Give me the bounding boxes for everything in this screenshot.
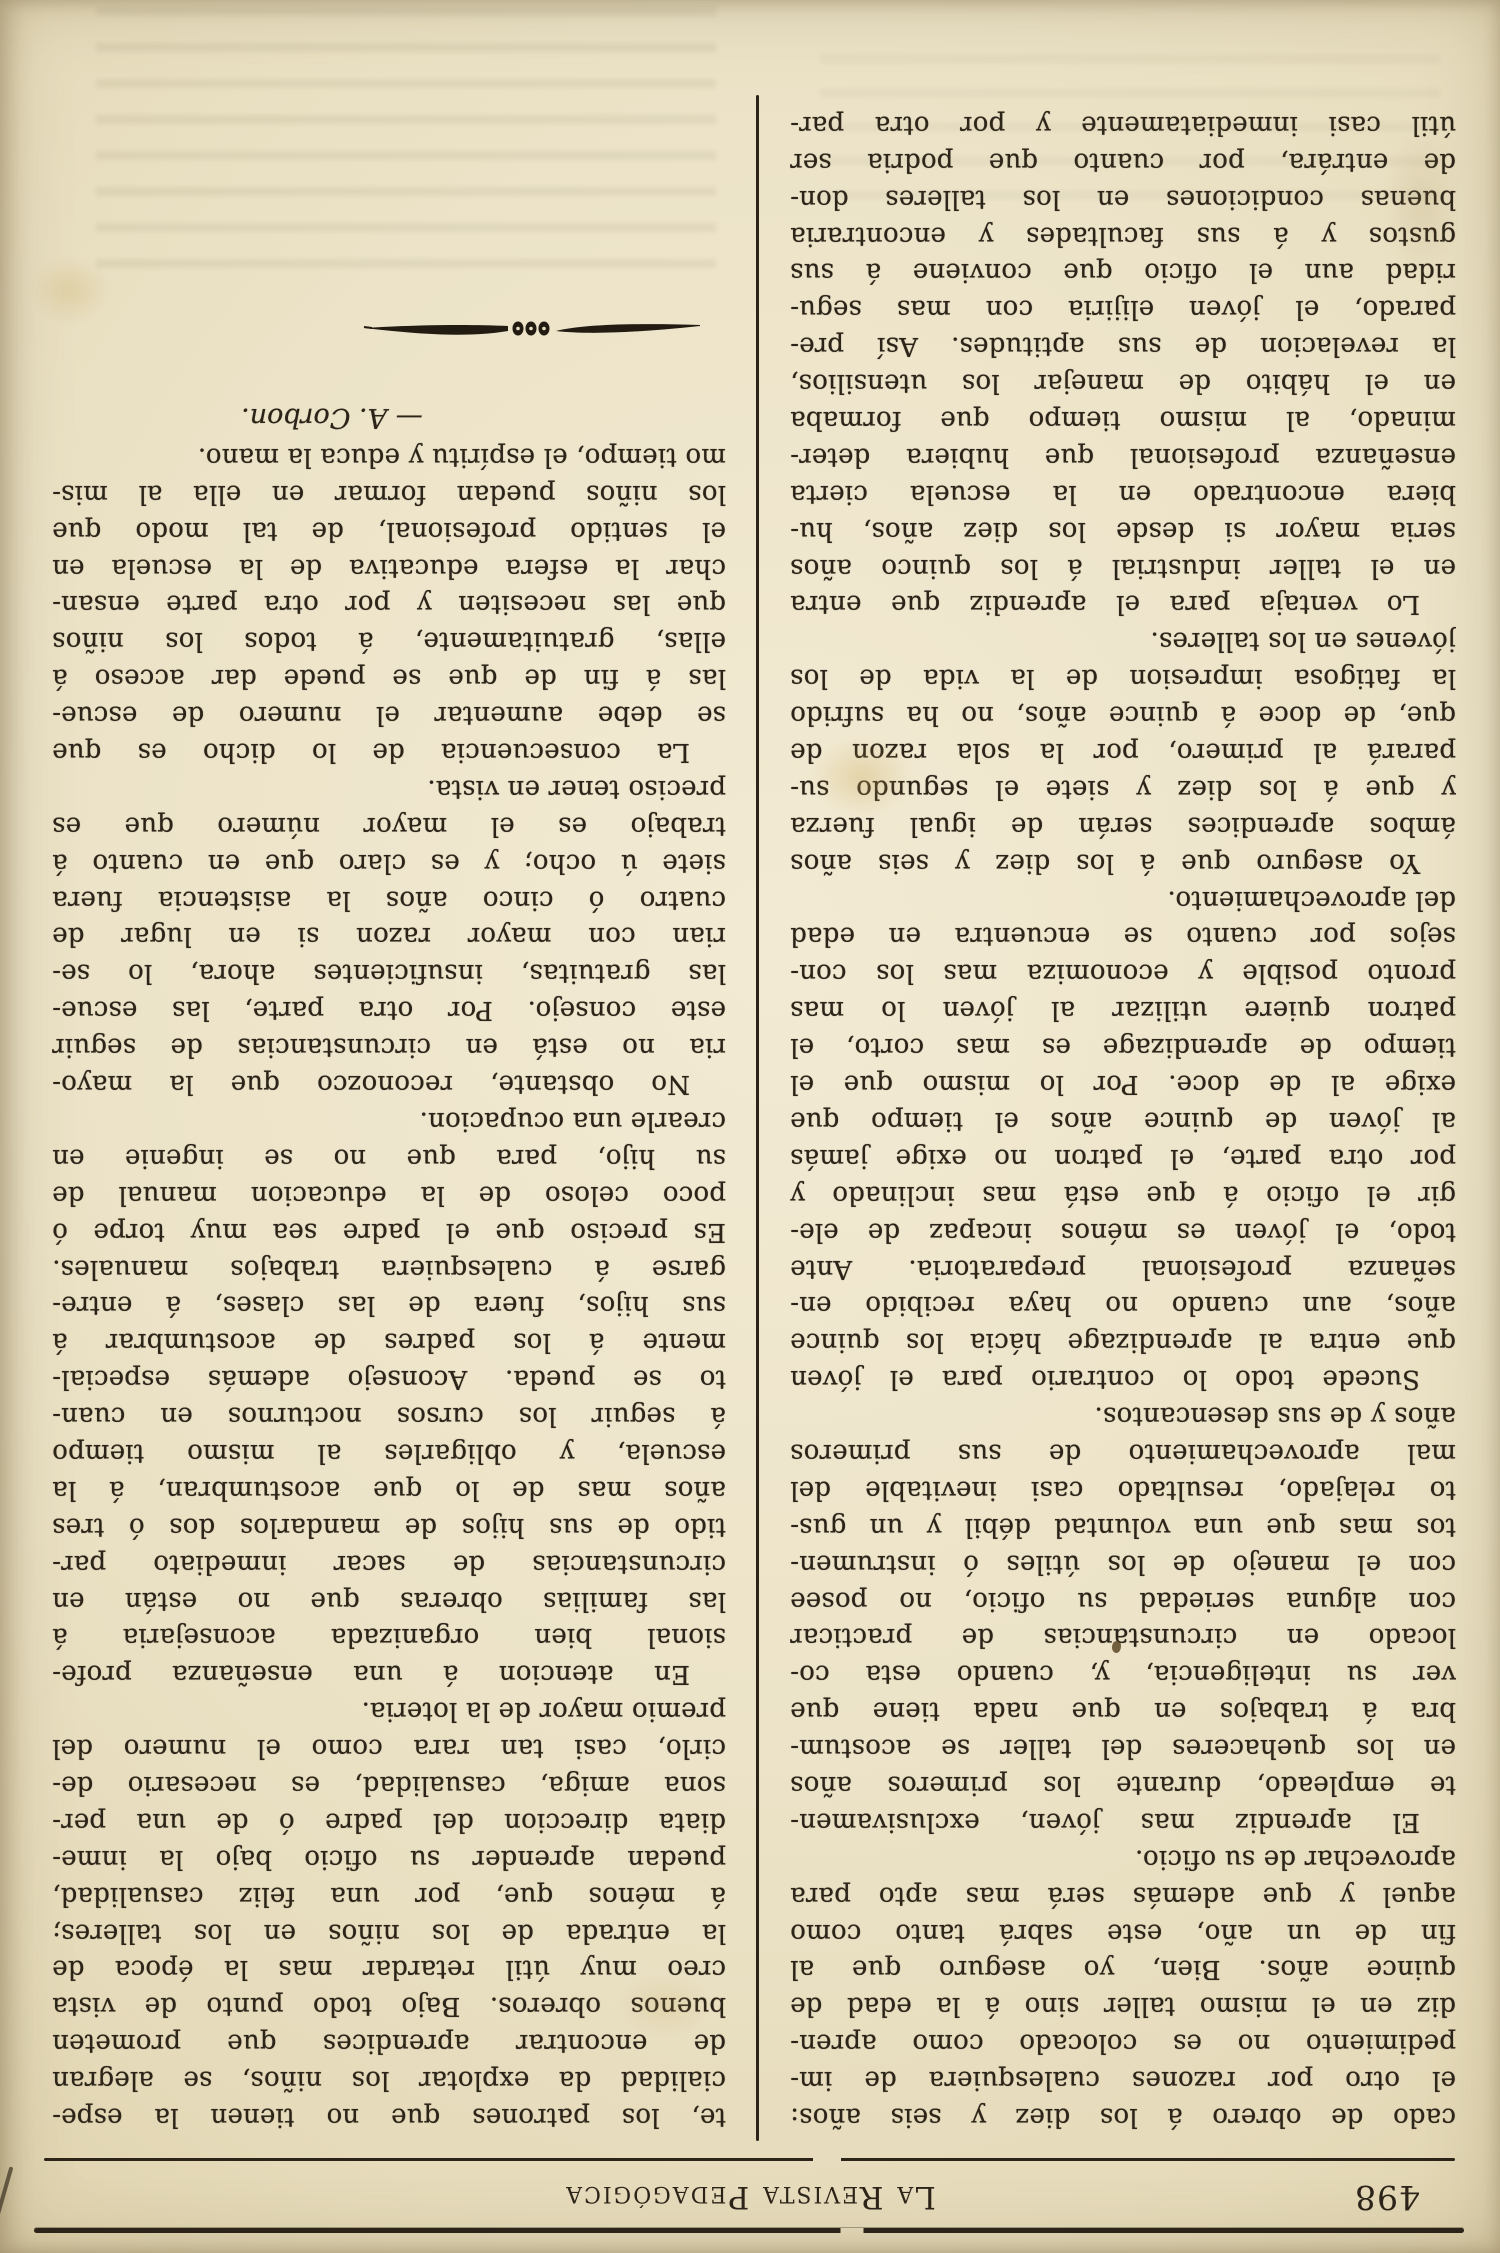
text-line: patron quiere utilizar al jóven lo mas [790,991,1456,1028]
text-line: premio mayor de la loteria. [52,1692,726,1729]
bleed-through-ghost-text [96,0,716,279]
text-line: que entra al aprendizage hácia los quinc… [790,1323,1456,1360]
text-line: aprovechar de su oficio. [790,1840,1456,1877]
text-line: garse á cualesquiera trabajos manuales. [52,1250,726,1287]
text-line: este consejo. Por otra parte, las escue- [52,991,726,1028]
text-line: á seguir los cursos nocturnos en cuan- [52,1397,726,1434]
text-line: El aprendiz mas jóven, exclusivamen- [790,1803,1456,1840]
text-line: por otra parte, el patron no exige jamás [790,1139,1456,1176]
text-line: las familias obreras que no están en [52,1582,726,1619]
text-line: te empleado, durante los primeros años [790,1766,1456,1803]
text-line: parará al primero, por la sola razon de [790,733,1456,770]
text-line: que las necesiten y por otra parte ensan… [52,586,726,623]
header-top-rule [34,2228,1464,2233]
text-line: locado en circunstancias de practicar [790,1619,1456,1656]
text-line: circunstancias de sacar inmediato par- [52,1545,726,1582]
text-line: fin de un año, este sabrá tanto como [790,1914,1456,1951]
text-line: su hijo, para que no se ingenie en [52,1139,726,1176]
text-line: sional bien organizada aconsejaria á [52,1619,726,1656]
text-line: años mas de lo que acostumbran, á la [52,1471,726,1508]
bleed-through-ghost-text-lower [820,55,1440,225]
text-line: parado, el jóven elijiria con mas segu- [790,290,1456,327]
text-line: rian con mayor razon si en lugar de [52,918,726,955]
text-line: ria no está en circunstancias de seguir [52,1028,726,1065]
text-line: mal aprovechamiento de sus primeros [790,1434,1456,1471]
text-line: preciso tener en vista. [52,770,726,807]
text-line: todo, el jóven es ménos incapaz de ele- [790,1213,1456,1250]
text-column-a: cado de obrero á los diez y seis años:el… [790,106,1456,2135]
text-line: ellas, gratuitamente, á todos los niños [52,622,726,659]
text-line: la revelacion de sus aptitudes. Así pre- [790,327,1456,364]
text-line: á ménos que, por una feliz casualidad, [52,1877,726,1914]
text-line: ámbos aprendices serán de igual fuerza [790,807,1456,844]
text-line: el otro por razones cualesquiera de im- [790,2061,1456,2098]
text-line: diz en el mismo taller sino á la edad de [790,1987,1456,2024]
text-line: con alguna seriedad su oficio, no posee [790,1582,1456,1619]
text-line: Yo aseguro que á los diez y seis años [790,844,1456,881]
text-line: y que á los diez y siete el segundo su- [790,770,1456,807]
header-bottom-rule [44,2158,1455,2161]
text-line: jóvenes en los talleres. [790,622,1456,659]
scanned-page: 498 La Revista Pedagógica cado de obrero… [0,0,1500,2253]
journal-title: La Revista Pedagógica [0,2179,1500,2215]
text-line: crearle una ocupacion. [52,1102,726,1139]
text-line: creo muy útil retardar mas la época de [52,1951,726,1988]
text-line: de encontrar aprendices que prometen [52,2024,726,2061]
text-line: aquel y que además será mas apto para [790,1877,1456,1914]
text-line: ver su inteligencia, y, cuando esta co- [790,1655,1456,1692]
text-column-b: te, los patrones que no tienen la espe-c… [52,0,726,2135]
text-column-b-lines: te, los patrones que no tienen la espe-c… [52,438,726,2135]
text-line: la entrada de los niños en los talleres; [52,1914,726,1951]
text-line: sejos por cuanto se encuentra en edad [790,918,1456,955]
text-line: mente á los padres de acostumbrar á [52,1323,726,1360]
text-line: en el hábito de manejar los utensilios, [790,364,1456,401]
column-divider-rule [756,95,759,2141]
text-line: del aprovechamiento. [790,881,1456,918]
text-line: siete ú ocho; y es claro que en cuanto á [52,844,726,881]
text-line: bra á trabajos en que nada tiene que [790,1692,1456,1729]
text-line: Lo ventaja para el aprendiz que entra [790,586,1456,623]
text-line: char la esfera educativa de la escuela e… [52,549,726,586]
text-line: Es preciso que el padre sea muy torpe ó [52,1213,726,1250]
text-line: tido de sus hijos de mandarlos dos ó tre… [52,1508,726,1545]
text-line: mo tiempo, el espíritu y educa la mano. [52,438,726,475]
text-line: el sentido profesional, de tal modo que [52,512,726,549]
page-sheet-rotated-180: 498 La Revista Pedagógica cado de obrero… [0,0,1500,2253]
text-line: con el manejo de los útiles ó instrumen- [790,1545,1456,1582]
text-line: sona amiga, casualidad, es necesario de- [52,1766,726,1803]
swelled-rule-ornament [362,313,702,343]
text-line: años, aun cuando no haya recibido en- [790,1287,1456,1324]
text-line: la fatigosa impresion de la vida de los [790,659,1456,696]
text-line: ridad aun el oficio que conviene á sus [790,254,1456,291]
text-line: gir el oficio á que está mas inclinado y [790,1176,1456,1213]
text-line: seria mayor si desde los diez años, hu- [790,512,1456,549]
text-line: señanza profesional preparatoria. Ante [790,1250,1456,1287]
text-line: No obstante, reconozco que la mayo- [52,1065,726,1102]
text-line: poco celoso de la educacion manual de [52,1176,726,1213]
text-line: tos mas que una voluntad débil y un gus- [790,1508,1456,1545]
text-line: cialidad da explotar los niños, se alegr… [52,2061,726,2098]
text-line: escuela, y obligarles al mismo tiempo [52,1434,726,1471]
text-line: to se pueda. Aconsejo además especial- [52,1360,726,1397]
text-line: trabajo es el mayor número que es [52,807,726,844]
text-line: pronto posible y economiza mas los con- [790,955,1456,992]
text-line: quince años. Bien, yo aseguro que al [790,1951,1456,1988]
text-line: Sucede todo lo contrario para el jóven [790,1360,1456,1397]
text-line: las gratuitas, insuficientes ahora, lo s… [52,955,726,992]
text-line: tiempo de aprendizage es mas corto, el [790,1028,1456,1065]
text-line: puedan aprender su oficio bajo la inme- [52,1840,726,1877]
text-line: En atencion á una enseñanza profe- [52,1655,726,1692]
text-line: se debe aumentar el numero de escue- [52,696,726,733]
text-line: buenos obreros. Bajo todo punto de vista [52,1987,726,2024]
text-line: en el taller industrial á los quinco año… [790,549,1456,586]
text-line: La consecuencia de lo dicho es que [52,733,726,770]
text-line: cuatro ó cinco años la asistencia fuera [52,881,726,918]
text-line: to relajado, resultado casi inevitable d… [790,1471,1456,1508]
text-line: biera encontrado en la escuela cierta [790,475,1456,512]
text-line: diata direccion del padre ó de una per- [52,1803,726,1840]
text-line: pedimiento no es colocado como apren- [790,2024,1456,2061]
text-line: las á fin de que se puede dar acceso á [52,659,726,696]
text-line: minado, al mismo tiempo que formaba [790,401,1456,438]
text-line: cirlo, casi tan rara como el numero del [52,1729,726,1766]
text-line: sus hijos, fuera de las clases, á entre- [52,1287,726,1324]
text-line: enseñanza profesional que hubiera deter- [790,438,1456,475]
text-line: cado de obrero á los diez y seis años: [790,2098,1456,2135]
author-signature: — A. Corbon. [52,399,726,435]
text-line: los niños puedan formar en ella al mis- [52,475,726,512]
text-line: al jóven de quince años el tiempo que [790,1102,1456,1139]
text-line: que, de doce á quince años, no ha sufrid… [790,696,1456,733]
text-line: en los quehaceres del taller se acostum- [790,1729,1456,1766]
text-line: te, los patrones que no tienen la espe- [52,2098,726,2135]
text-line: años y de sus desencantos. [790,1397,1456,1434]
text-line: exige al de doce. Por lo mismo que el [790,1065,1456,1102]
